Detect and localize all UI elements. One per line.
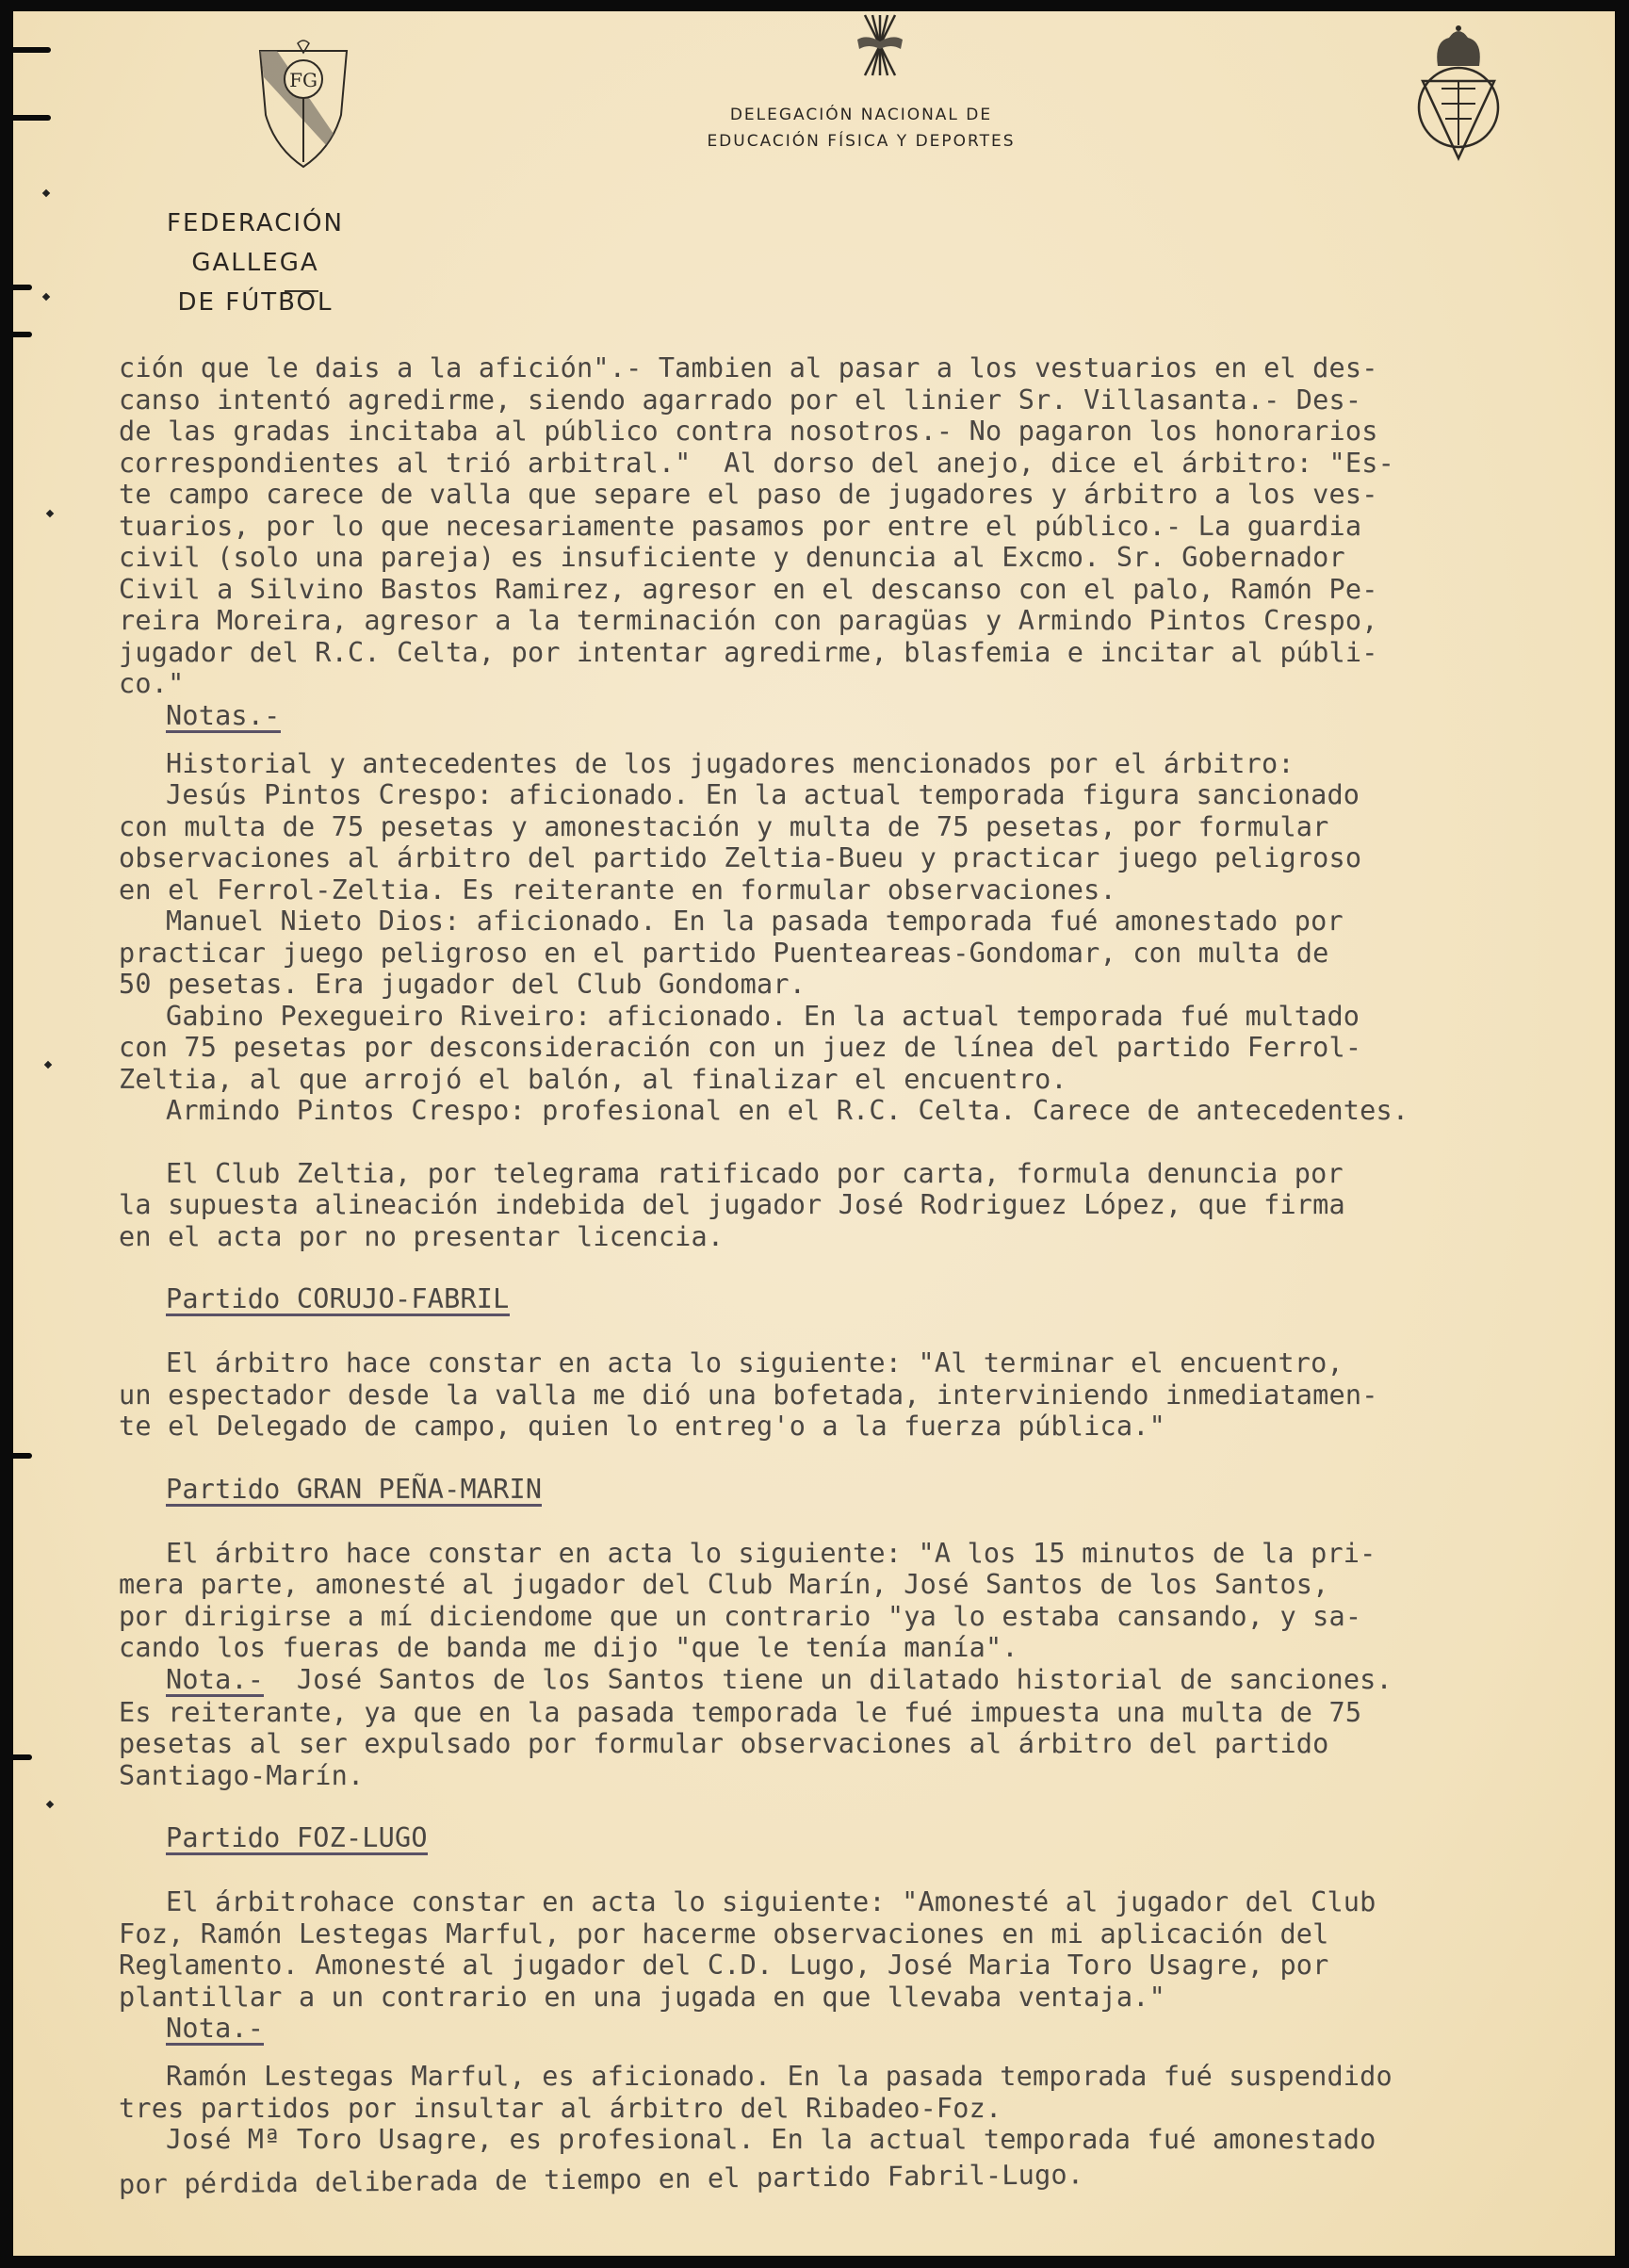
text-line: correspondientes al trió arbitral." Al d… <box>119 448 1626 480</box>
text-line: Zeltia, al que arrojó el balón, al final… <box>119 1064 1626 1096</box>
text-line: por dirigirse a mí diciendome que un con… <box>119 1601 1626 1633</box>
text-line: pesetas al ser expulsado por formular ob… <box>119 1728 1626 1760</box>
note-label: Nota.- <box>166 1666 264 1697</box>
text-line: en el Ferrol-Zeltia. Es reiterante en fo… <box>119 874 1626 906</box>
text-line: Es reiterante, ya que en la pasada tempo… <box>119 1697 1626 1729</box>
text-line: Foz, Ramón Lestegas Marful, por hacerme … <box>119 1918 1626 1950</box>
zeltia-complaint-paragraph: El Club Zeltia, por telegrama ratificado… <box>119 1158 1626 1253</box>
text-line: El Club Zeltia, por telegrama ratificado… <box>119 1158 1626 1190</box>
text-line: te el Delegado de campo, quien lo entreg… <box>119 1411 1626 1443</box>
binding-punch-mark <box>13 1754 32 1760</box>
text-line: Santiago-Marín. <box>119 1760 1626 1792</box>
organization-name: FEDERACIÓN GALLEGA DE FÚTBOL <box>119 204 392 322</box>
player-record: Gabino Pexegueiro Riveiro: aficionado. E… <box>119 1001 1626 1096</box>
text-line: la supuesta alineación indebida del juga… <box>119 1189 1626 1221</box>
text-line: El árbitrohace constar en acta lo siguie… <box>119 1886 1626 1918</box>
text-line: canso intentó agredirme, siendo agarrado… <box>119 384 1626 416</box>
text-line: plantillar a un contrario en una jugada … <box>119 1982 1626 2014</box>
yoke-and-arrows-emblem-icon <box>846 11 914 79</box>
text-line: reira Moreira, agresor a la terminación … <box>119 605 1626 637</box>
binding-hole-mark <box>46 510 54 517</box>
text-line: El árbitro hace constar en acta lo sigui… <box>119 1347 1626 1379</box>
note-text: José Santos de los Santos tiene un dilat… <box>264 1664 1393 1695</box>
delegation-name: DELEGACIÓN NACIONAL DE EDUCACIÓN FÍSICA … <box>673 102 1050 155</box>
text-line: Jesús Pintos Crespo: aficionado. En la a… <box>119 779 1626 811</box>
text-line: por pérdida deliberada de tiempo en el p… <box>119 2153 1626 2200</box>
section-heading: Partido CORUJO-FABRIL <box>166 1284 510 1316</box>
binding-hole-mark <box>44 1061 52 1069</box>
text-line: mera parte, amonesté al jugador del Club… <box>119 1569 1626 1601</box>
organization-name-line2: DE FÚTBOL <box>119 283 392 322</box>
text-line: El árbitro hace constar en acta lo sigui… <box>119 1538 1626 1570</box>
binding-punch-mark <box>13 1453 32 1459</box>
text-line: Manuel Nieto Dios: aficionado. En la pas… <box>119 906 1626 938</box>
letterhead-divider <box>285 290 318 292</box>
binding-punch-mark <box>13 285 32 290</box>
binding-hole-mark <box>46 1801 54 1808</box>
federacion-gallega-shield-icon: FG <box>256 40 350 170</box>
text-line: Ramón Lestegas Marful, es aficionado. En… <box>119 2061 1626 2093</box>
intro-paragraph: ción que le dais a la afición".- Tambien… <box>119 352 1626 700</box>
text-line: de las gradas incitaba al público contra… <box>119 416 1626 448</box>
text-line: Armindo Pintos Crespo: profesional en el… <box>119 1095 1626 1127</box>
text-line: jugador del R.C. Celta, por intentar agr… <box>119 637 1626 669</box>
match-section-gran-pena-marin: Partido GRAN PEÑA-MARIN El árbitro hace … <box>119 1474 1626 1792</box>
text-line: 50 pesetas. Era jugador del Club Gondoma… <box>119 969 1626 1001</box>
text-line: con multa de 75 pesetas y amonestación y… <box>119 811 1626 843</box>
player-record: Manuel Nieto Dios: aficionado. En la pas… <box>119 906 1626 1001</box>
match-section-foz-lugo: Partido FOZ-LUGO El árbitrohace constar … <box>119 1822 1626 2200</box>
svg-text:FG: FG <box>289 69 318 91</box>
text-line: cando los fueras de banda me dijo "que l… <box>119 1632 1626 1664</box>
note-label: Nota.- <box>166 2014 264 2046</box>
section-heading: Partido GRAN PEÑA-MARIN <box>166 1475 542 1507</box>
text-line: un espectador desde la valla me dió una … <box>119 1379 1626 1411</box>
text-line: tres partidos por insultar al árbitro de… <box>119 2093 1626 2125</box>
document-page: FG FEDERACIÓN GALLEGA DE FÚTBOL DELEGACI… <box>13 11 1615 2256</box>
binding-punch-mark <box>13 115 51 121</box>
binding-punch-mark <box>13 47 51 53</box>
text-line: Reglamento. Amonesté al jugador del C.D.… <box>119 1950 1626 1982</box>
text-line: observaciones al árbitro del partido Zel… <box>119 842 1626 874</box>
text-line: ción que le dais a la afición".- Tambien… <box>119 352 1626 384</box>
delegation-name-line2: EDUCACIÓN FÍSICA Y DEPORTES <box>673 128 1050 155</box>
text-line: co." <box>119 668 1626 700</box>
delegation-name-line1: DELEGACIÓN NACIONAL DE <box>673 102 1050 128</box>
player-record: Armindo Pintos Crespo: profesional en el… <box>119 1095 1626 1127</box>
text-line: en el acta por no presentar licencia. <box>119 1221 1626 1253</box>
federacion-espanola-crown-crest-icon <box>1409 21 1507 162</box>
section-heading: Partido FOZ-LUGO <box>166 1823 428 1855</box>
notes-heading: Notas.- <box>166 701 281 733</box>
organization-name-line1: FEDERACIÓN GALLEGA <box>119 204 392 283</box>
text-line: civil (solo una pareja) es insuficiente … <box>119 542 1626 574</box>
binding-punch-mark <box>13 332 32 337</box>
match-section-corujo-fabril: Partido CORUJO-FABRIL El árbitro hace co… <box>119 1283 1626 1443</box>
document-body: ción que le dais a la afición".- Tambien… <box>119 352 1626 2200</box>
binding-hole-mark <box>42 293 50 301</box>
text-line: Civil a Silvino Bastos Ramirez, agresor … <box>119 574 1626 606</box>
player-record: Jesús Pintos Crespo: aficionado. En la a… <box>119 779 1626 906</box>
notes-intro: Historial y antecedentes de los jugadore… <box>119 748 1626 780</box>
text-line: te campo carece de valla que separe el p… <box>119 479 1626 511</box>
text-line: practicar juego peligroso en el partido … <box>119 938 1626 970</box>
text-line: con 75 pesetas por desconsideración con … <box>119 1032 1626 1064</box>
binding-hole-mark <box>42 189 50 197</box>
text-line: Gabino Pexegueiro Riveiro: aficionado. E… <box>119 1001 1626 1033</box>
text-line: José Mª Toro Usagre, es profesional. En … <box>119 2124 1626 2156</box>
text-line: tuarios, por lo que necesariamente pasam… <box>119 511 1626 543</box>
